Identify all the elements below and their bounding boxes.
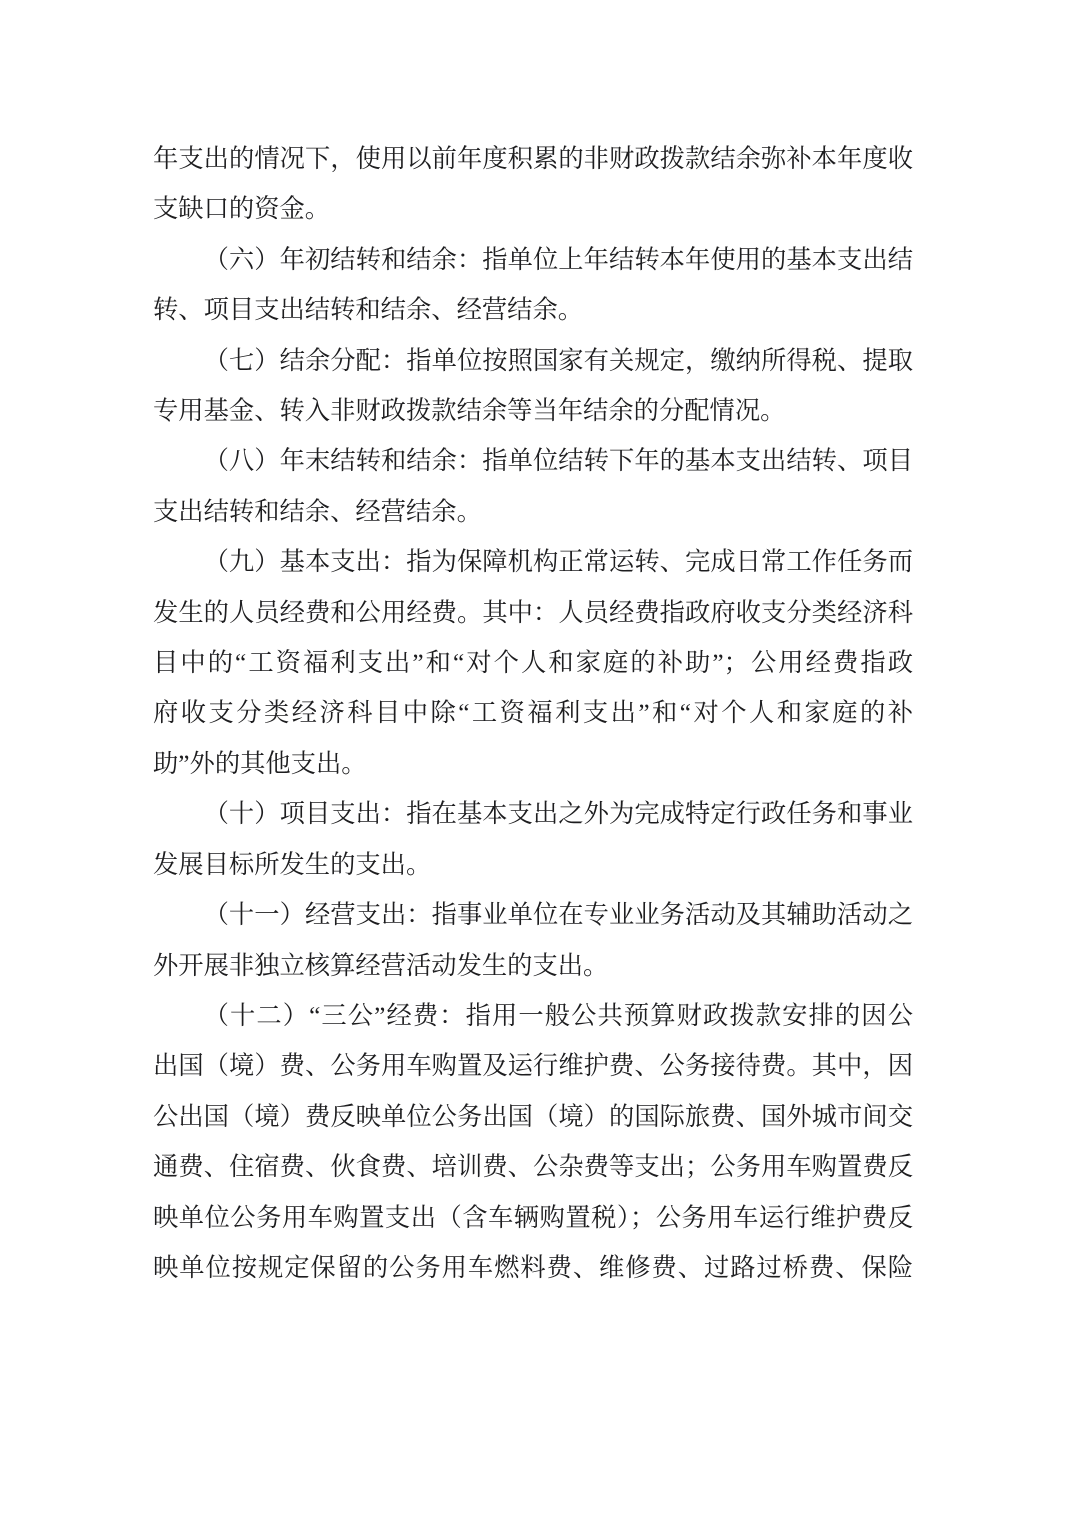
- paragraph: （十一）经营支出：指事业单位在专业业务活动及其辅助活动之外开展非独立核算经营活动…: [153, 890, 913, 991]
- text-line: 公出国（境）费反映单位公务出国（境）的国际旅费、国外城市间交: [153, 1092, 913, 1142]
- paragraph: （六）年初结转和结余：指单位上年结转本年使用的基本支出结转、项目支出结转和结余、…: [153, 235, 913, 336]
- text-line: 目中的“工资福利支出”和“对个人和家庭的补助”；公用经费指政: [153, 638, 913, 688]
- text-line: 转、项目支出结转和结余、经营结余。: [153, 285, 913, 335]
- text-line: 专用基金、转入非财政拨款结余等当年结余的分配情况。: [153, 386, 913, 436]
- document-page: { "page": { "background": "#ffffff", "te…: [0, 0, 1074, 1520]
- text-line: （七）结余分配：指单位按照国家有关规定，缴纳所得税、提取: [153, 336, 913, 386]
- text-line: （九）基本支出：指为保障机构正常运转、完成日常工作任务而: [153, 537, 913, 587]
- paragraph: 年支出的情况下，使用以前年度积累的非财政拨款结余弥补本年度收支缺口的资金。: [153, 134, 913, 235]
- text-line: 出国（境）费、公务用车购置及运行维护费、公务接待费。其中，因: [153, 1041, 913, 1091]
- document-body: 年支出的情况下，使用以前年度积累的非财政拨款结余弥补本年度收支缺口的资金。（六）…: [153, 134, 913, 1293]
- text-line: 发展目标所发生的支出。: [153, 840, 913, 890]
- text-line: 映单位公务用车购置支出（含车辆购置税）；公务用车运行维护费反: [153, 1193, 913, 1243]
- text-line: 支缺口的资金。: [153, 184, 913, 234]
- text-line: 年支出的情况下，使用以前年度积累的非财政拨款结余弥补本年度收: [153, 134, 913, 184]
- text-line: 助”外的其他支出。: [153, 739, 913, 789]
- paragraph: （十二）“三公”经费：指用一般公共预算财政拨款安排的因公出国（境）费、公务用车购…: [153, 991, 913, 1293]
- text-line: （十一）经营支出：指事业单位在专业业务活动及其辅助活动之: [153, 890, 913, 940]
- paragraph: （七）结余分配：指单位按照国家有关规定，缴纳所得税、提取专用基金、转入非财政拨款…: [153, 336, 913, 437]
- paragraph: （八）年末结转和结余：指单位结转下年的基本支出结转、项目支出结转和结余、经营结余…: [153, 436, 913, 537]
- text-line: 通费、住宿费、伙食费、培训费、公杂费等支出；公务用车购置费反: [153, 1142, 913, 1192]
- paragraph: （十）项目支出：指在基本支出之外为完成特定行政任务和事业发展目标所发生的支出。: [153, 789, 913, 890]
- text-line: 外开展非独立核算经营活动发生的支出。: [153, 941, 913, 991]
- text-line: （六）年初结转和结余：指单位上年结转本年使用的基本支出结: [153, 235, 913, 285]
- paragraph: （九）基本支出：指为保障机构正常运转、完成日常工作任务而发生的人员经费和公用经费…: [153, 537, 913, 789]
- text-line: 发生的人员经费和公用经费。其中：人员经费指政府收支分类经济科: [153, 588, 913, 638]
- text-line: （十）项目支出：指在基本支出之外为完成特定行政任务和事业: [153, 789, 913, 839]
- text-line: 映单位按规定保留的公务用车燃料费、维修费、过路过桥费、保险: [153, 1243, 913, 1293]
- text-line: 支出结转和结余、经营结余。: [153, 487, 913, 537]
- page-background: 年支出的情况下，使用以前年度积累的非财政拨款结余弥补本年度收支缺口的资金。（六）…: [0, 0, 1074, 1520]
- text-line: （八）年末结转和结余：指单位结转下年的基本支出结转、项目: [153, 436, 913, 486]
- text-line: （十二）“三公”经费：指用一般公共预算财政拨款安排的因公: [153, 991, 913, 1041]
- text-line: 府收支分类经济科目中除“工资福利支出”和“对个人和家庭的补: [153, 688, 913, 738]
